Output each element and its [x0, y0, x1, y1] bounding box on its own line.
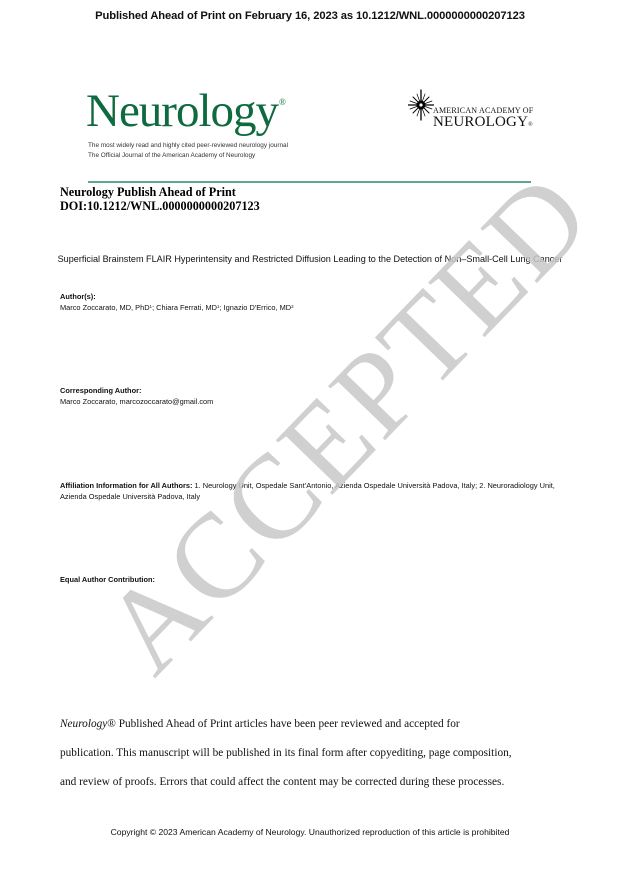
- author-name: Marco Zoccarato, MD, PhD: [60, 303, 150, 312]
- disclaimer-paragraph: Neurology® Published Ahead of Print arti…: [60, 716, 580, 803]
- authors-label: Author(s):: [60, 292, 96, 301]
- equal-contribution-label: Equal Author Contribution:: [60, 575, 155, 584]
- affiliation-section: Affiliation Information for All Authors:…: [60, 481, 560, 502]
- affiliation-label: Affiliation Information for All Authors:: [60, 481, 192, 490]
- wordmark-text: Neurology: [86, 85, 278, 137]
- aan-registered-mark: ®: [528, 122, 533, 128]
- corresponding-author-value: Marco Zoccarato, marcozoccarato@gmail.co…: [60, 397, 213, 408]
- disclaimer-line-3: and review of proofs. Errors that could …: [60, 774, 580, 790]
- author-name: Chiara Ferrati, MD: [156, 303, 217, 312]
- equal-contribution-section: Equal Author Contribution:: [60, 575, 155, 586]
- accepted-watermark: ACCEPTED: [82, 207, 557, 693]
- journal-name-italic: Neurology: [60, 718, 107, 730]
- neurology-wordmark: Neurology®: [86, 88, 288, 135]
- aan-neurology-text: NEUROLOGY: [433, 114, 528, 130]
- author-affiliation-ref: 1: [150, 304, 153, 309]
- disclaimer-line-2: publication. This manuscript will be pub…: [60, 745, 580, 761]
- disclaimer-line-1: Neurology® Published Ahead of Print arti…: [60, 716, 580, 732]
- authors-list: Marco Zoccarato, MD, PhD1; Chiara Ferrat…: [60, 303, 294, 314]
- doi-label: DOI:10.1212/WNL.0000000000207123: [60, 199, 260, 213]
- aan-logo-line-2: NEUROLOGY®: [433, 114, 533, 131]
- author-name: Ignazio D'Errico, MD: [224, 303, 292, 312]
- tagline-line-1: The most widely read and highly cited pe…: [88, 141, 288, 151]
- aan-logo: AMERICAN ACADEMY OF NEUROLOGY®: [408, 89, 558, 134]
- header-divider: [88, 181, 531, 183]
- author-affiliation-ref: 2: [291, 304, 294, 309]
- starburst-icon: [408, 89, 434, 123]
- article-title: Superficial Brainstem FLAIR Hyperintensi…: [40, 252, 580, 267]
- copyright-footer: Copyright © 2023 American Academy of Neu…: [0, 827, 620, 837]
- tagline-line-2: The Official Journal of the American Aca…: [88, 151, 288, 161]
- corresponding-author-label: Corresponding Author:: [60, 386, 141, 395]
- publish-ahead-heading: Neurology Publish Ahead of Print DOI:10.…: [60, 185, 260, 213]
- publication-banner: Published Ahead of Print on February 16,…: [0, 10, 620, 22]
- publish-ahead-label: Neurology Publish Ahead of Print: [60, 185, 260, 199]
- journal-tagline: The most widely read and highly cited pe…: [88, 141, 288, 161]
- registered-mark: ®: [279, 97, 285, 107]
- corresponding-author-section: Corresponding Author: Marco Zoccarato, m…: [60, 386, 213, 407]
- authors-section: Author(s): Marco Zoccarato, MD, PhD1; Ch…: [60, 292, 294, 313]
- neurology-journal-logo: Neurology® The most widely read and high…: [86, 88, 288, 161]
- disclaimer-line-1-text: ® Published Ahead of Print articles have…: [107, 718, 459, 730]
